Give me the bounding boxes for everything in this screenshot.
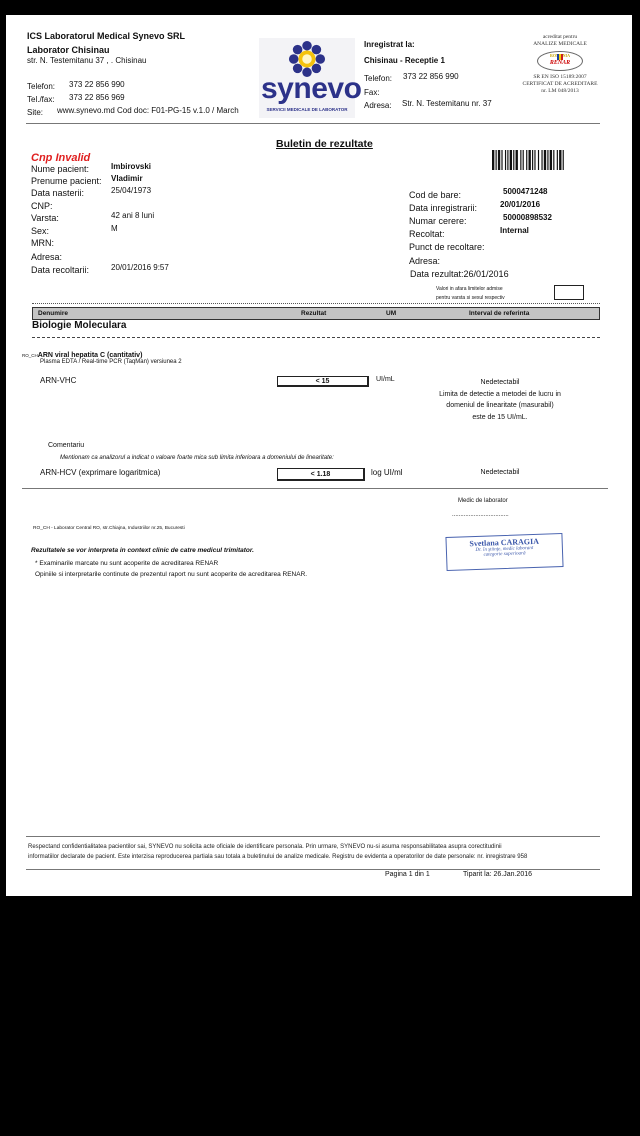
patient-field-value: M (111, 224, 118, 233)
section-divider (32, 337, 600, 338)
patient-field-label: Adresa: (31, 252, 62, 262)
patient-field-label: Data recoltarii: (31, 265, 89, 275)
col-rezultat: Rezultat (301, 310, 326, 317)
lab-address: str. N. Testemitanu 37 , . Chisinau (27, 56, 146, 65)
reference-line: Nedetectabil (410, 377, 590, 389)
request-field-label: Adresa: (409, 256, 440, 266)
test-row-name: ARN-VHC (40, 376, 76, 385)
logo-wordmark: synevo (261, 74, 353, 104)
phone-value: 373 22 856 990 (69, 80, 125, 89)
cnp-warning: Cnp Invalid (31, 152, 90, 164)
patient-field-label: MRN: (31, 238, 54, 248)
patient-field-value: Vladimir (111, 174, 143, 183)
test-method: Plasma EDTA / Real-time PCR (TaqMan) ver… (40, 359, 182, 365)
accreditation-line2: ANALIZE MEDICALE (512, 41, 608, 48)
request-field-value: 5000471248 (503, 187, 548, 196)
report-page: ICS Laboratorul Medical Synevo SRL Labor… (6, 15, 632, 896)
patient-field-value: 42 ani 8 luni (111, 211, 154, 220)
signature-line: .................................. (452, 512, 509, 518)
patient-field-label: Varsta: (31, 213, 59, 223)
request-field-label: Cod de bare: (409, 190, 461, 200)
patient-field-label: Prenume pacient: (31, 176, 102, 186)
registered-address: Str. N. Testemitanu nr. 37 (402, 99, 492, 108)
accreditation-line3: SR EN ISO 15189:2007 (512, 74, 608, 81)
lab-origin-note: RO_CH - Laborator Central RO, str.Chiajn… (33, 526, 185, 531)
reference-line: domeniul de linearitate (masurabil) (410, 400, 590, 412)
test-row-name: ARN-HCV (exprimare logaritmica) (40, 468, 160, 477)
legend-line2: pentru varsta si sexul respectiv (436, 295, 505, 301)
interpret-note: Rezultatele se vor interpreta in context… (31, 547, 254, 554)
request-field-label: Data inregistrarii: (409, 203, 477, 213)
patient-field-value: 25/04/1973 (111, 186, 151, 195)
reference-line: este de 15 UI/mL. (410, 412, 590, 424)
badge-bottom-text: RENAR (538, 60, 582, 66)
lab-name: Laborator Chisinau (27, 45, 110, 55)
registered-phone-label: Telefon: (364, 74, 392, 83)
comment-label: Comentariu (48, 442, 84, 449)
company-name: ICS Laboratorul Medical Synevo SRL (27, 31, 185, 41)
legend-line1: Valori in afara limitelor admise (436, 286, 503, 292)
footer-bottom-divider (26, 869, 600, 870)
dotted-divider (32, 303, 600, 304)
patient-field-label: CNP: (31, 201, 53, 211)
registered-address-label: Adresa: (364, 101, 392, 110)
table-bottom-divider (22, 488, 608, 489)
reference-interval: Nedetectabil Limita de detectie a metode… (410, 377, 590, 423)
col-denumire: Denumire (38, 310, 68, 317)
patient-field-label: Sex: (31, 226, 49, 236)
signature-label: Medic de laborator (458, 498, 508, 504)
synevo-logo: synevo SERVICII MEDICALE DE LABORATOR (259, 38, 355, 118)
request-field-label: Recoltat: (409, 229, 445, 239)
result-value-box: < 15 (277, 376, 369, 387)
document-title: Buletin de rezultate (276, 138, 373, 150)
printed-date: Tiparit la: 26.Jan.2016 (463, 871, 532, 878)
comment-text: Mentionam ca analizorul a indicat o valo… (60, 455, 334, 461)
request-field-label: Numar cerere: (409, 216, 467, 226)
patient-field-label: Nume pacient: (31, 164, 89, 174)
patient-field-value: Imbirovski (111, 162, 151, 171)
doctor-stamp: Svetlana CARAGIA Dr. în ştiinţe, medic l… (445, 533, 563, 571)
patient-field-label: Data nasterii: (31, 188, 84, 198)
request-field-value: 20/01/2016 (500, 200, 540, 209)
out-of-range-legend-box (554, 285, 584, 300)
registered-place: Chisinau - Receptie 1 (364, 56, 445, 65)
results-table-header: Denumire Rezultat UM Interval de referin… (32, 307, 600, 320)
barcode-icon (492, 150, 565, 170)
col-interval: Interval de referinta (469, 310, 529, 317)
reference-line: Limita de detectie a metodei de lucru in (410, 389, 590, 401)
result-date: Data rezultat:26/01/2016 (410, 269, 509, 279)
accreditation-note-1: * Examinarile marcate nu sunt acoperite … (35, 560, 218, 567)
site-label: Site: (27, 108, 43, 117)
result-value-box: < 1.18 (277, 468, 365, 481)
registered-label: Inregistrat la: (364, 40, 415, 49)
accreditation-line1: acreditat pentru (512, 34, 608, 41)
result-unit: UI/mL (376, 376, 395, 383)
renar-badge-icon: ROMANIA RENAR (537, 51, 583, 71)
site-value: www.synevo.md Cod doc: F01-PG-15 v.1.0 /… (57, 106, 239, 115)
request-field-value: Internal (500, 226, 529, 235)
test-name: ARN viral hepatita C (cantitativ) (38, 352, 143, 359)
accreditation-line5: nr. LM 048/2013 (512, 88, 608, 95)
fax-label: Tel./fax: (27, 95, 55, 104)
col-um: UM (386, 310, 396, 317)
logo-subtitle: SERVICII MEDICALE DE LABORATOR (259, 107, 355, 112)
request-field-label: Punct de recoltare: (409, 242, 485, 252)
patient-field-value: 20/01/2016 9:57 (111, 263, 169, 272)
test-prefix: RO_CH (22, 353, 38, 358)
accreditation-line4: CERTIFICAT DE ACREDITARE (512, 81, 608, 88)
page-number: Pagina 1 din 1 (385, 871, 430, 878)
reference-interval: Nedetectabil (410, 469, 590, 476)
fax-value: 373 22 856 969 (69, 93, 125, 102)
result-unit: log UI/ml (371, 468, 403, 477)
registered-fax-label: Fax: (364, 88, 380, 97)
phone-label: Telefon: (27, 82, 55, 91)
footer-top-divider (26, 836, 600, 837)
section-title: Biologie Moleculara (32, 320, 126, 331)
renar-accreditation: acreditat pentru ANALIZE MEDICALE ROMANI… (512, 34, 608, 95)
accreditation-note-2: Opiniile si interpretarile continute de … (35, 571, 307, 578)
header-divider (26, 123, 600, 124)
registered-phone: 373 22 856 990 (403, 72, 459, 81)
request-field-value: 50000898532 (503, 213, 552, 222)
confidentiality-disclaimer: Respectand confidentialitatea pacientilo… (28, 843, 528, 862)
